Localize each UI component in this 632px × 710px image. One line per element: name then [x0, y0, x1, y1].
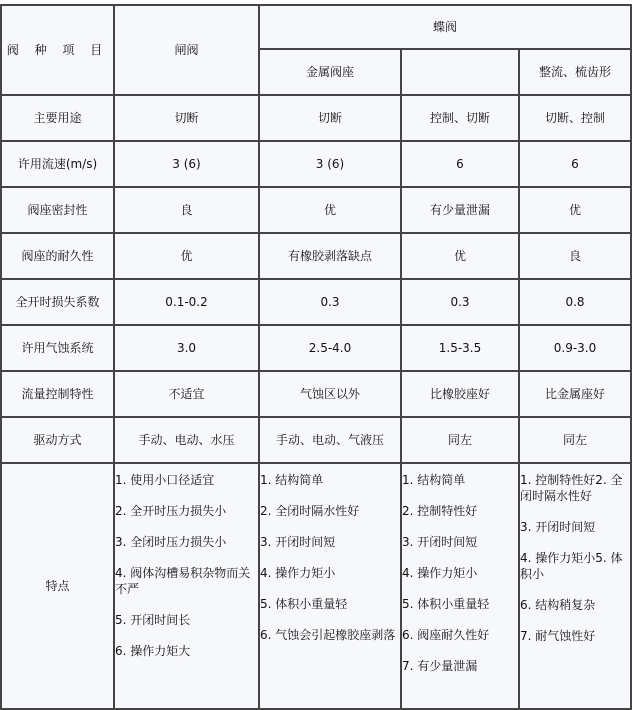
table-cell: 3 (6) [114, 141, 259, 187]
row-label: 驱动方式 [1, 417, 114, 463]
table-cell: 优 [259, 187, 401, 233]
subheader-empty [401, 49, 519, 95]
table-row: 许用流速(m/s) 3 (6) 3 (6) 6 6 [1, 141, 631, 187]
features-comb-shape: 1. 控制特性好2. 全闭时隔水性好 3. 开闭时间短 4. 操作力矩小5. 体… [519, 463, 631, 707]
feature-item: 1. 使用小口径适宜 [115, 472, 258, 488]
table-cell: 0.9-3.0 [519, 325, 631, 371]
table-cell: 气蚀区以外 [259, 371, 401, 417]
table-cell: 良 [114, 187, 259, 233]
feature-item: 3. 全闭时压力损失小 [115, 534, 258, 550]
feature-item: 4. 操作力矩小 [260, 565, 400, 581]
feature-item: 7. 有少量泄漏 [402, 658, 518, 674]
table-row: 许用气蚀系统 3.0 2.5-4.0 1.5-3.5 0.9-3.0 [1, 325, 631, 371]
table-cell: 切断 [259, 95, 401, 141]
header-gate-valve: 闸阀 [114, 5, 259, 95]
table-cell: 切断、控制 [519, 95, 631, 141]
row-label: 许用气蚀系统 [1, 325, 114, 371]
valve-comparison-table: 阀 种 项 目 闸阀 蝶阀 金属阀座 整流、梳齿形 主要用途 切断 切断 控制、… [0, 4, 632, 707]
row-label: 阀座的耐久性 [1, 233, 114, 279]
table-cell: 优 [519, 187, 631, 233]
subheader-metal-seat: 金属阀座 [259, 49, 401, 95]
table-cell: 比金属座好 [519, 371, 631, 417]
table-row: 驱动方式 手动、电动、水压 手动、电动、气液压 同左 同左 [1, 417, 631, 463]
row-label: 许用流速(m/s) [1, 141, 114, 187]
table-cell: 不适宜 [114, 371, 259, 417]
feature-item: 3. 开闭时间短 [260, 534, 400, 550]
feature-item: 4. 操作力矩小 [402, 565, 518, 581]
valve-comparison-table-container: 阀 种 项 目 闸阀 蝶阀 金属阀座 整流、梳齿形 主要用途 切断 切断 控制、… [0, 4, 632, 707]
row-label: 流量控制特性 [1, 371, 114, 417]
row-label: 主要用途 [1, 95, 114, 141]
features-gate: 1. 使用小口径适宜 2. 全开时压力损失小 3. 全闭时压力损失小 4. 阀体… [114, 463, 259, 707]
table-row: 主要用途 切断 切断 控制、切断 切断、控制 [1, 95, 631, 141]
feature-item: 1. 控制特性好2. 全闭时隔水性好 [520, 472, 630, 504]
table-row: 阀座的耐久性 优 有橡胶剥落缺点 优 良 [1, 233, 631, 279]
table-cell: 优 [114, 233, 259, 279]
feature-item: 2. 全闭时隔水性好 [260, 503, 400, 519]
feature-item: 5. 开闭时间长 [115, 612, 258, 628]
table-cell: 6 [519, 141, 631, 187]
table-cell: 0.3 [401, 279, 519, 325]
feature-item: 5. 体积小重量轻 [260, 596, 400, 612]
table-cell: 比橡胶座好 [401, 371, 519, 417]
corner-header: 阀 种 项 目 [1, 5, 114, 95]
header-butterfly-valve: 蝶阀 [259, 5, 631, 49]
row-label: 阀座密封性 [1, 187, 114, 233]
features-rubber-seat: 1. 结构简单 2. 控制特性好 3. 开闭时间短 4. 操作力矩小 5. 体积… [401, 463, 519, 707]
feature-item: 6. 结构稍复杂 [520, 597, 630, 613]
feature-item: 4. 阀体沟槽易积杂物而关不严 [115, 565, 258, 597]
table-cell: 2.5-4.0 [259, 325, 401, 371]
feature-item: 1. 结构简单 [260, 472, 400, 488]
table-row: 流量控制特性 不适宜 气蚀区以外 比橡胶座好 比金属座好 [1, 371, 631, 417]
table-cell: 同左 [401, 417, 519, 463]
table-cell: 3.0 [114, 325, 259, 371]
feature-item: 6. 操作力矩大 [115, 643, 258, 659]
feature-item: 2. 全开时压力损失小 [115, 503, 258, 519]
feature-item: 4. 操作力矩小5. 体积小 [520, 550, 630, 582]
table-cell: 0.8 [519, 279, 631, 325]
table-row: 阀座密封性 良 优 有少量泄漏 优 [1, 187, 631, 233]
row-label: 特点 [1, 463, 114, 707]
feature-item: 1. 结构简单 [402, 472, 518, 488]
table-cell: 同左 [519, 417, 631, 463]
row-label: 全开时损失系数 [1, 279, 114, 325]
table-cell: 控制、切断 [401, 95, 519, 141]
table-cell: 有少量泄漏 [401, 187, 519, 233]
table-cell: 良 [519, 233, 631, 279]
feature-item: 6. 阀座耐久性好 [402, 627, 518, 643]
table-cell: 1.5-3.5 [401, 325, 519, 371]
subheader-comb-shape: 整流、梳齿形 [519, 49, 631, 95]
feature-item: 3. 开闭时间短 [520, 519, 630, 535]
features-row: 特点 1. 使用小口径适宜 2. 全开时压力损失小 3. 全闭时压力损失小 4.… [1, 463, 631, 707]
features-metal-seat: 1. 结构简单 2. 全闭时隔水性好 3. 开闭时间短 4. 操作力矩小 5. … [259, 463, 401, 707]
feature-item: 3. 开闭时间短 [402, 534, 518, 550]
table-cell: 有橡胶剥落缺点 [259, 233, 401, 279]
table-cell: 优 [401, 233, 519, 279]
feature-item: 6. 气蚀会引起橡胶座剥落 [260, 627, 400, 643]
table-cell: 0.3 [259, 279, 401, 325]
table-cell: 0.1-0.2 [114, 279, 259, 325]
table-cell: 切断 [114, 95, 259, 141]
table-row: 全开时损失系数 0.1-0.2 0.3 0.3 0.8 [1, 279, 631, 325]
table-cell: 6 [401, 141, 519, 187]
feature-item: 5. 体积小重量轻 [402, 596, 518, 612]
table-cell: 3 (6) [259, 141, 401, 187]
table-cell: 手动、电动、水压 [114, 417, 259, 463]
feature-item: 2. 控制特性好 [402, 503, 518, 519]
table-cell: 手动、电动、气液压 [259, 417, 401, 463]
feature-item: 7. 耐气蚀性好 [520, 628, 630, 644]
